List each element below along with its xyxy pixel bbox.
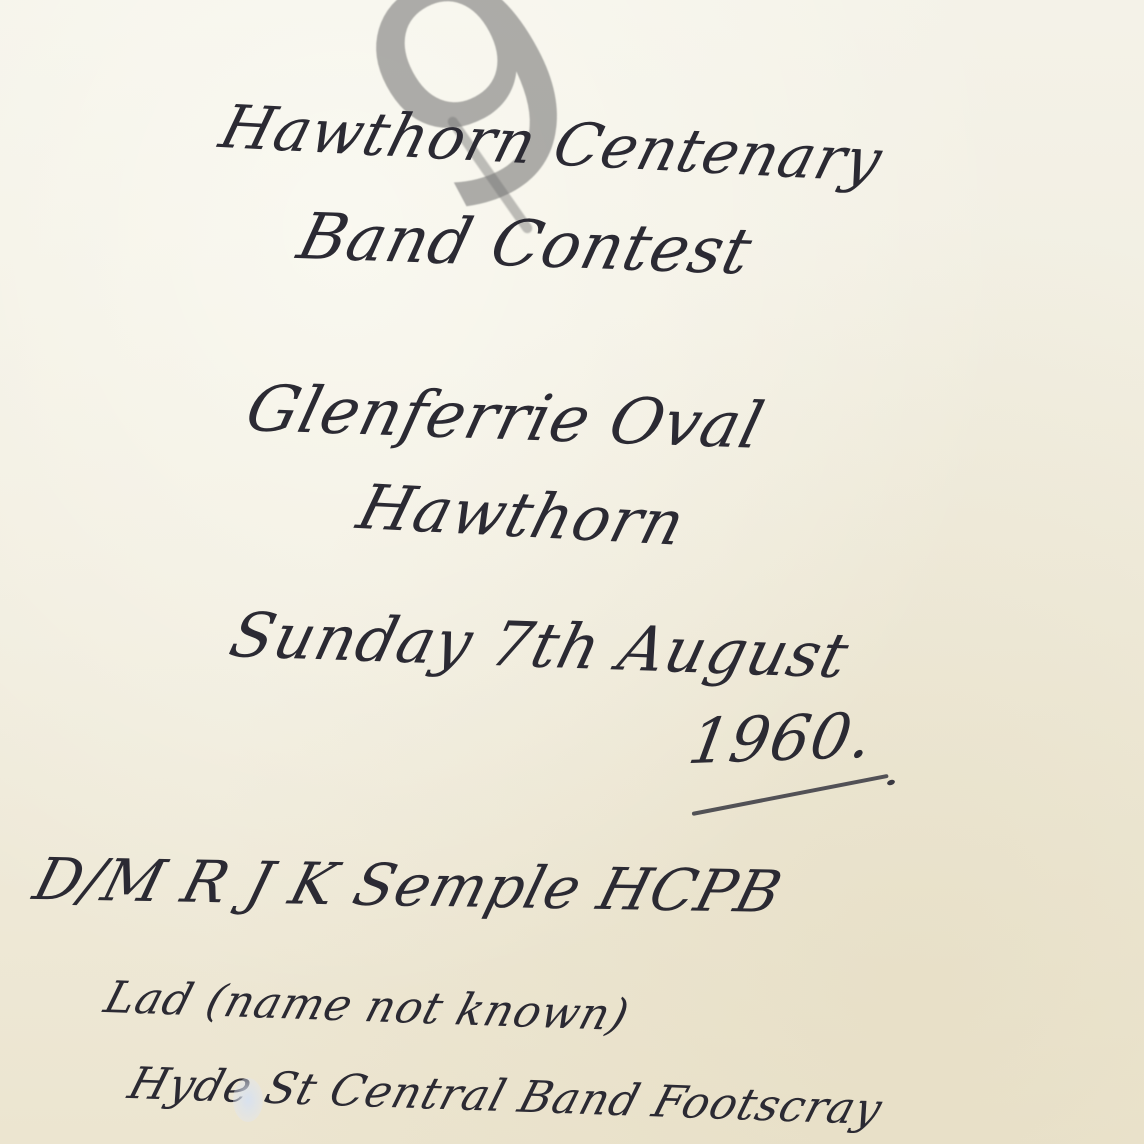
year-line: 1960. bbox=[684, 698, 879, 778]
ink-dot bbox=[886, 779, 895, 786]
venue-line: Glenferrie Oval bbox=[239, 372, 771, 463]
photo-back-paper: 9 Hawthorn Centenary Band Contest Glenfe… bbox=[0, 0, 1144, 1144]
person-name-line: D/M R J K Semple HCPB bbox=[27, 845, 790, 926]
paper-scuff-mark bbox=[233, 1078, 263, 1122]
unknown-person-line: Lad (name not known) bbox=[99, 972, 635, 1041]
date-line: Sunday 7th August bbox=[223, 598, 856, 692]
ink-underline-stroke bbox=[692, 774, 889, 816]
suburb-line: Hawthorn bbox=[350, 470, 693, 559]
event-title-line-2: Band Contest bbox=[291, 200, 760, 289]
